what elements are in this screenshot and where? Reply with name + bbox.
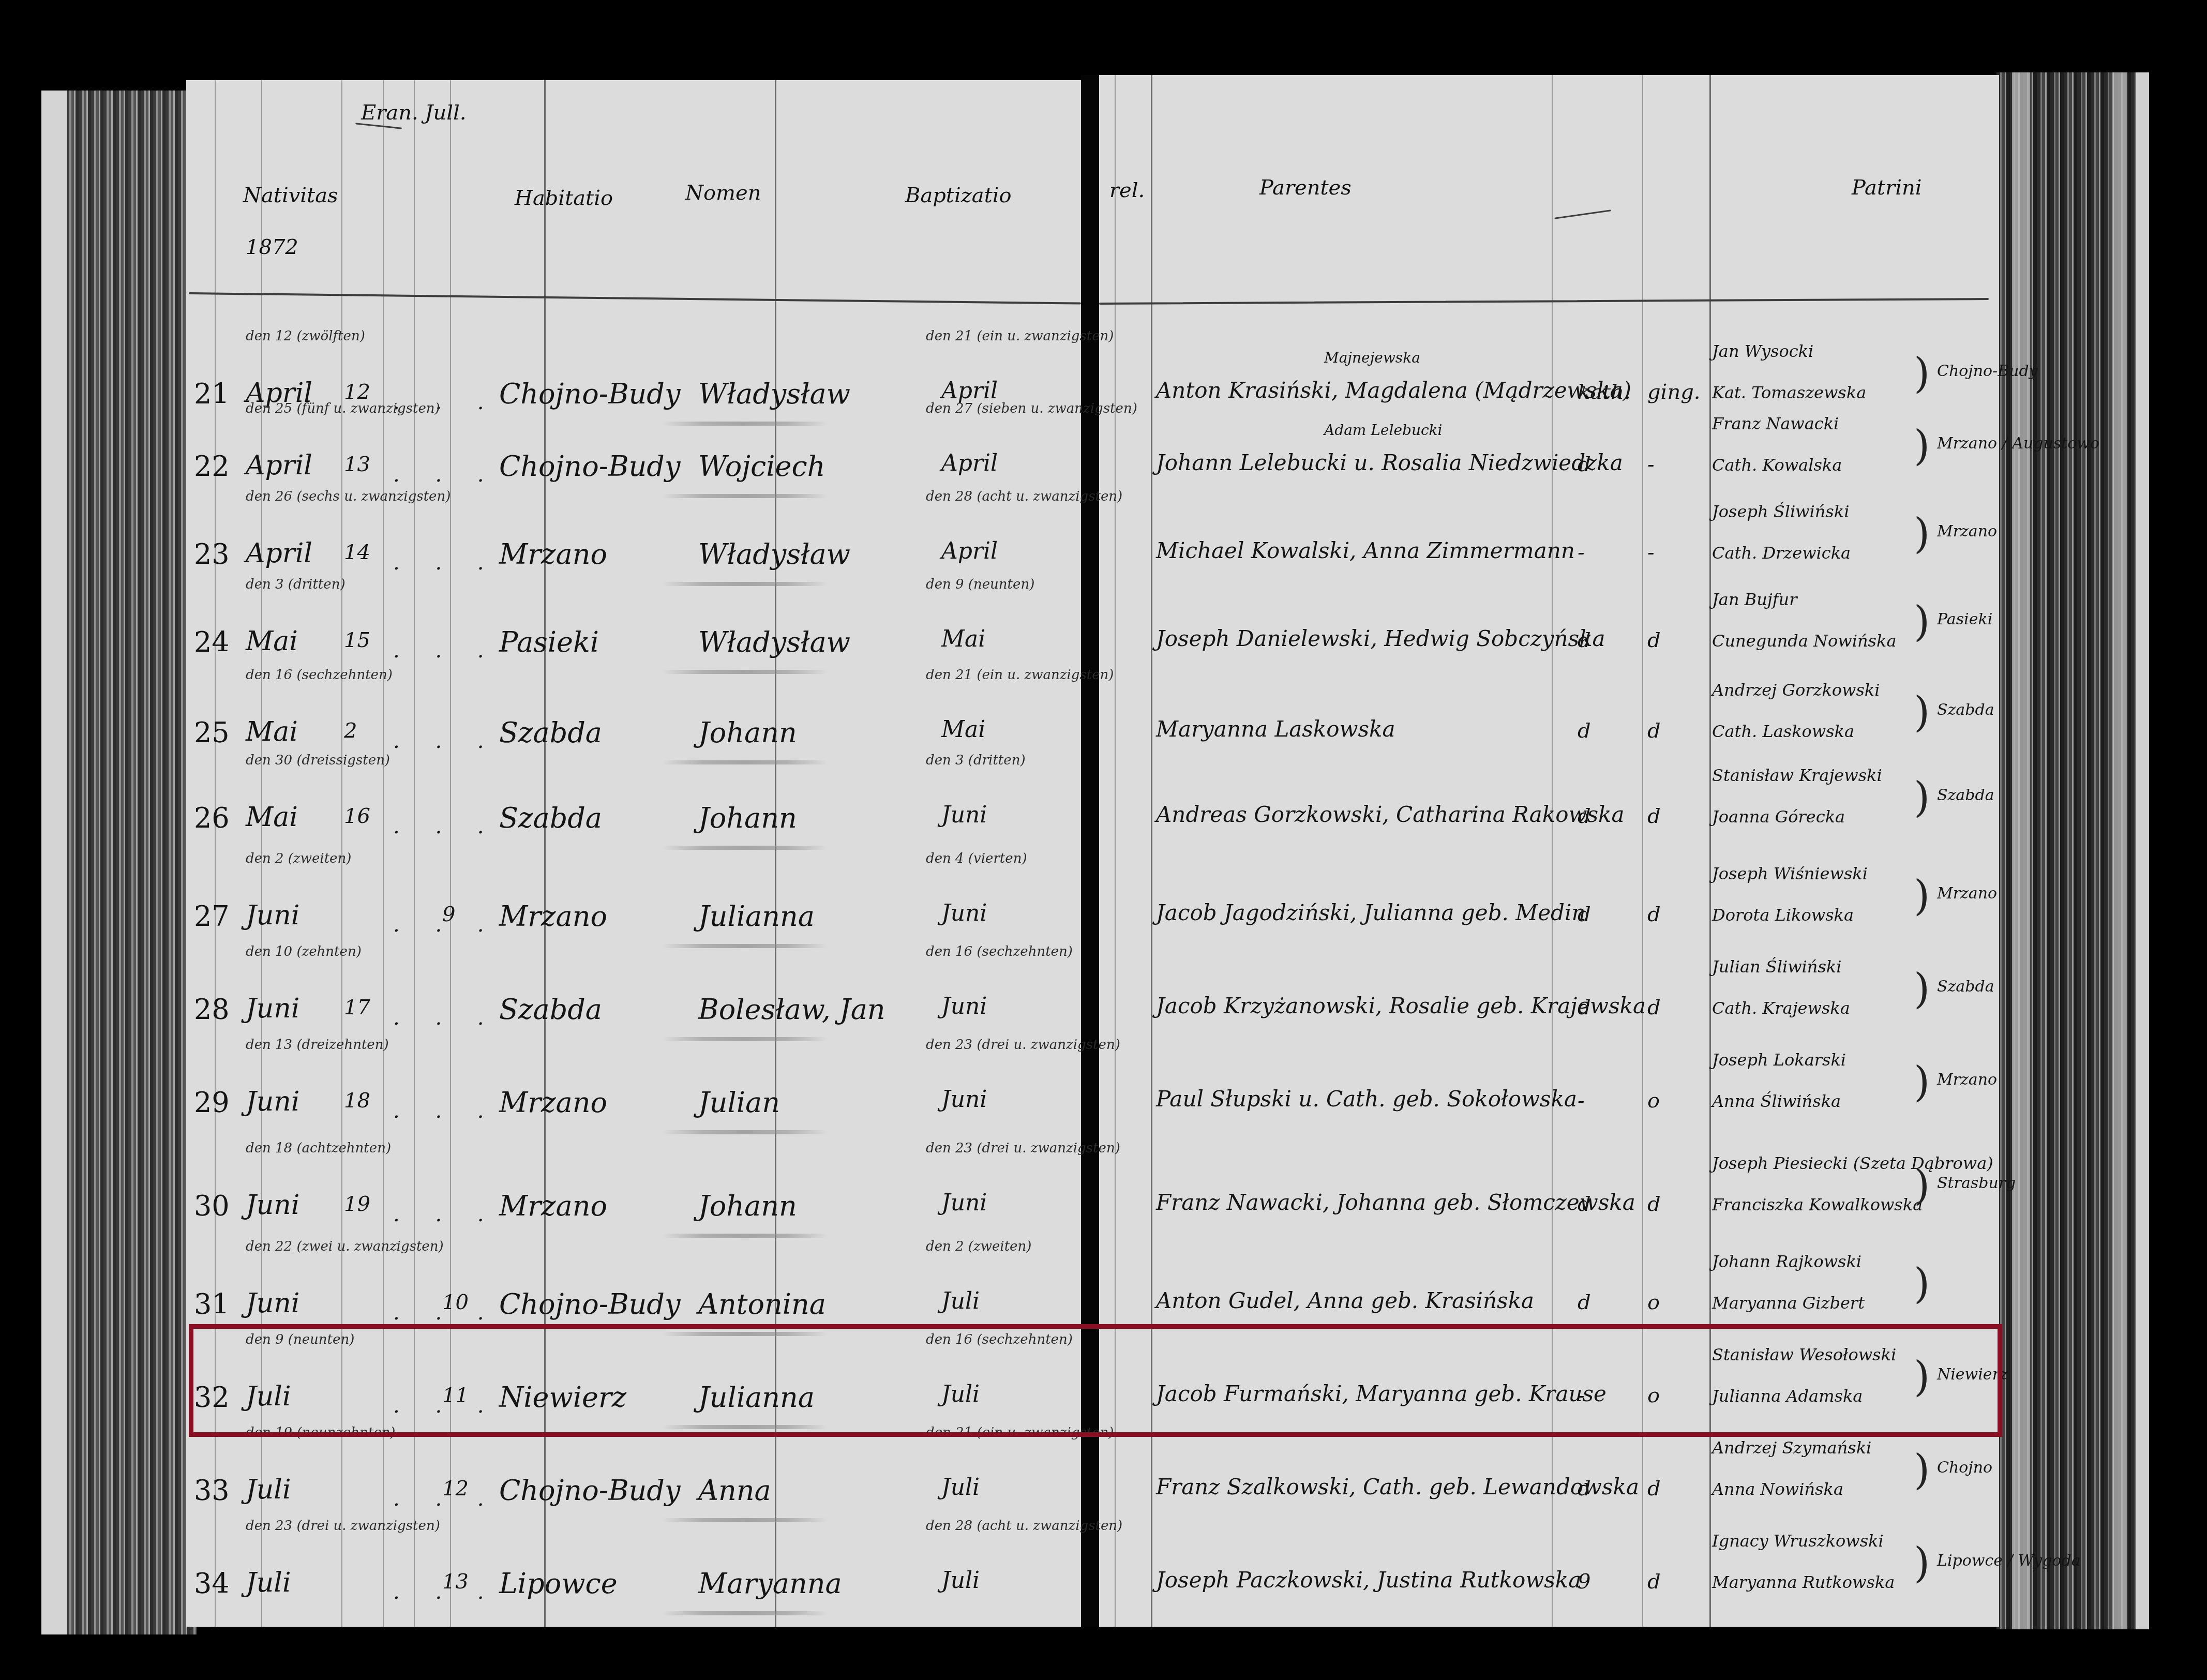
godparents-brace: )	[1914, 1058, 1930, 1106]
entry-number: 22	[194, 450, 230, 483]
godparent-1: Jan Wysocki	[1712, 341, 1813, 361]
residence-place: Chojno-Budy	[499, 1288, 680, 1321]
godparents-brace: )	[1914, 872, 1930, 920]
residence-place: Mrzano	[499, 1086, 607, 1119]
entry-number: 23	[194, 538, 230, 571]
status-flag: o	[1647, 1089, 1660, 1113]
godparent-1: Joseph Wiśniewski	[1712, 864, 1868, 883]
birth-date-note: den 13 (dreizehnten)	[246, 1037, 389, 1053]
godparents-brace: )	[1914, 597, 1930, 646]
godparent-1: Johann Rajkowski	[1712, 1252, 1861, 1271]
birth-date-note: den 18 (achtzehnten)	[246, 1141, 391, 1156]
residence-place: Mrzano	[499, 900, 607, 933]
birth-date-note: den 12 (zwölften)	[246, 328, 365, 344]
name-underline	[662, 670, 828, 674]
status-flag: d	[1647, 628, 1661, 652]
header-year: 1872	[246, 235, 298, 259]
godparents-place: Strasburg	[1937, 1174, 2016, 1192]
godparent-2: Kat. Tomaszewska	[1712, 383, 1866, 402]
child-name: Władysław	[698, 626, 850, 658]
entry-number: 29	[194, 1086, 230, 1119]
status-flag: o	[1647, 1291, 1660, 1314]
child-name: Julian	[698, 1086, 780, 1119]
godparent-1: Joseph Śliwiński	[1712, 502, 1849, 521]
godparents-brace: )	[1914, 688, 1930, 736]
godparents-brace: )	[1914, 509, 1930, 558]
column-filler-dots: . . .	[393, 551, 499, 575]
status-flag: d	[1578, 719, 1591, 743]
birth-date-note: den 3 (dritten)	[246, 577, 346, 592]
birth-month: Juni	[246, 1190, 299, 1221]
status-flag: -	[1578, 541, 1585, 564]
baptism-date-note: den 4 (vierten)	[926, 851, 1027, 866]
right-page-edges	[1996, 72, 2149, 1629]
parents-names: Franz Szalkowski, Cath. geb. Lewandowska	[1156, 1474, 1639, 1499]
status-flag: d	[1578, 804, 1591, 828]
parents-annotation: Majnejewska	[1324, 349, 1420, 366]
child-name: Johann	[698, 802, 797, 834]
godparent-2: Cunegunda Nowińska	[1712, 631, 1896, 651]
parents-names: Anton Gudel, Anna geb. Krasińska	[1156, 1288, 1534, 1313]
birth-day: 14	[344, 541, 370, 564]
column-filler-dots: . . .	[393, 639, 499, 663]
parents-names: Joseph Paczkowski, Justina Rutkowska	[1156, 1567, 1581, 1593]
godparent-1: Julian Śliwiński	[1712, 957, 1841, 977]
column-filler-dots: . . .	[393, 1099, 499, 1123]
child-name: Władysław	[698, 378, 850, 410]
godparents-brace: )	[1914, 422, 1930, 470]
column-filler-dots: . . .	[393, 1006, 499, 1030]
godparents-brace: )	[1914, 349, 1930, 397]
baptism-month: Juli	[941, 1474, 980, 1501]
status-flag: d	[1578, 453, 1591, 476]
name-underline	[662, 760, 828, 764]
birth-date-note: den 10 (zehnten)	[246, 944, 362, 959]
child-name: Johann	[698, 716, 797, 749]
residence-place: Chojno-Budy	[499, 450, 680, 483]
child-name: Wojciech	[698, 450, 825, 483]
baptism-month: Juni	[941, 993, 987, 1019]
header-parentes: Parentes	[1259, 176, 1352, 200]
child-name: Julianna	[698, 900, 815, 933]
header-habitatio: Habitatio	[515, 186, 613, 210]
entry-number: 27	[194, 900, 230, 933]
name-underline	[662, 494, 828, 498]
status-flag: d	[1578, 996, 1591, 1019]
parents-names: Jacob Krzyżanowski, Rosalie geb. Krajews…	[1156, 993, 1646, 1018]
page-heading: Eran. Jull.	[361, 101, 466, 125]
birth-month: Juni	[246, 1086, 299, 1117]
baptism-date-note: den 21 (ein u. zwanzigsten)	[926, 667, 1114, 683]
name-underline	[662, 944, 828, 948]
godparents-place: Lipowce / Wygoda	[1937, 1552, 2081, 1570]
parents-names: Michael Kowalski, Anna Zimmermann	[1156, 538, 1575, 563]
godparents-place: Mrzano / Augustowo	[1937, 434, 2099, 453]
name-underline	[662, 422, 828, 426]
baptism-month: Juni	[941, 1190, 987, 1216]
parents-names: Anton Krasiński, Magdalena (Mądrzewska)	[1156, 378, 1631, 403]
status-flag: 9	[1578, 1570, 1590, 1594]
birth-month: Juni	[246, 1288, 299, 1319]
birth-day: 15	[344, 628, 370, 652]
parents-names: Jacob Jagodziński, Julianna geb. Medin	[1156, 900, 1585, 925]
birth-day: 17	[344, 996, 370, 1019]
name-underline	[662, 1611, 828, 1615]
status-flag: d	[1578, 1291, 1591, 1314]
baptism-date-note: den 21 (ein u. zwanzigsten)	[926, 328, 1114, 344]
name-underline	[662, 1037, 828, 1041]
godparent-1: Joseph Lokarski	[1712, 1050, 1846, 1070]
godparents-place: Szabda	[1937, 786, 1994, 804]
header-nativitas: Nativitas	[243, 184, 338, 207]
residence-place: Chojno-Budy	[499, 1474, 680, 1507]
godparent-2: Cath. Krajewska	[1712, 998, 1850, 1018]
baptism-date-note: den 2 (zweiten)	[926, 1239, 1031, 1254]
residence-place: Mrzano	[499, 538, 607, 571]
baptism-date-note: den 27 (sieben u. zwanzigsten)	[926, 401, 1137, 416]
residence-place: Lipowce	[499, 1567, 618, 1600]
baptism-date-note: den 23 (drei u. zwanzigsten)	[926, 1037, 1120, 1053]
parents-names: Franz Nawacki, Johanna geb. Słomczewska	[1156, 1190, 1635, 1215]
parents-annotation: Adam Lelebucki	[1324, 422, 1443, 439]
column-filler-dots: . . .	[393, 1203, 499, 1226]
name-underline	[662, 1234, 828, 1238]
status-flag: -	[1647, 453, 1655, 476]
godparent-1: Franz Nawacki	[1712, 414, 1839, 433]
godparents-brace: )	[1914, 773, 1930, 821]
entry-number: 28	[194, 993, 230, 1026]
name-underline	[662, 846, 828, 850]
godparents-place: Pasieki	[1937, 610, 1992, 628]
left-page-edges	[41, 91, 197, 1634]
godparents-brace: )	[1914, 1259, 1930, 1308]
baptism-date-note: den 3 (dritten)	[926, 753, 1026, 768]
name-underline	[662, 1130, 828, 1134]
godparent-1: Ignacy Wruszkowski	[1712, 1531, 1884, 1551]
birth-date-note: den 16 (sechzehnten)	[246, 667, 393, 683]
birth-month: April	[246, 538, 312, 569]
godparents-place: Mrzano	[1937, 1071, 1997, 1089]
godparents-brace: )	[1914, 1539, 1930, 1587]
status-flag: d	[1578, 1192, 1591, 1216]
godparent-1: Andrzej Szymański	[1712, 1438, 1871, 1458]
entry-number: 31	[194, 1288, 230, 1321]
entry-number: 26	[194, 802, 230, 834]
column-filler-dots: . . .	[393, 729, 499, 753]
birth-day: 16	[344, 804, 370, 828]
baptism-month: Juni	[941, 802, 987, 828]
residence-place: Szabda	[499, 993, 602, 1026]
birth-day: 18	[344, 1089, 370, 1113]
godparent-2: Joanna Górecka	[1712, 807, 1845, 827]
status-flag: -	[1578, 1089, 1585, 1113]
parents-names: Andreas Gorzkowski, Catharina Rakowska	[1156, 802, 1624, 827]
highlighted-entry-box	[189, 1324, 2002, 1437]
godparents-place: Mrzano	[1937, 522, 1997, 541]
column-filler-dots: . . .	[393, 913, 499, 937]
baptism-date-note: den 9 (neunten)	[926, 577, 1034, 592]
godparent-1: Jan Bujfur	[1712, 590, 1797, 609]
baptism-month: April	[941, 378, 998, 404]
godparent-2: Anna Śliwińska	[1712, 1091, 1841, 1111]
godparents-brace: )	[1914, 1446, 1930, 1494]
entry-number: 34	[194, 1567, 230, 1600]
birth-month: Juni	[246, 993, 299, 1024]
baptism-month: Juli	[941, 1288, 980, 1314]
godparent-2: Cath. Laskowska	[1712, 722, 1854, 741]
birth-day: 19	[344, 1192, 370, 1216]
birth-date-note: den 30 (dreissigsten)	[246, 753, 390, 768]
residence-place: Szabda	[499, 802, 602, 834]
status-flag: d	[1578, 903, 1591, 926]
status-flag: d	[1647, 996, 1661, 1019]
birth-date-note: den 23 (drei u. zwanzigsten)	[246, 1518, 440, 1534]
birth-month: Juli	[246, 1567, 291, 1598]
birth-month: Juni	[246, 900, 299, 931]
column-filler-dots: . . .	[393, 815, 499, 838]
status-flag: kath.	[1578, 380, 1631, 404]
godparents-brace: )	[1914, 1161, 1930, 1209]
status-flag: d	[1578, 628, 1591, 652]
godparents-place: Mrzano	[1937, 884, 1997, 903]
name-underline	[662, 1518, 828, 1522]
entry-number: 30	[194, 1190, 230, 1222]
residence-place: Pasieki	[499, 626, 599, 658]
status-flag: d	[1647, 903, 1661, 926]
entry-number: 25	[194, 716, 230, 749]
birth-date-note: den 26 (sechs u. zwanzigsten)	[246, 489, 451, 504]
baptism-date-note: den 28 (acht u. zwanzigsten)	[926, 1518, 1122, 1534]
birth-month: Mai	[246, 802, 298, 833]
register-book-spread: Eran. Jull. Nativitas 1872 Habitatio Nom…	[0, 0, 2207, 1680]
residence-place: Mrzano	[499, 1190, 607, 1222]
godparents-place: Szabda	[1937, 701, 1994, 719]
godparent-2: Anna Nowińska	[1712, 1479, 1843, 1499]
status-flag: d	[1647, 1192, 1661, 1216]
baptism-month: Mai	[941, 716, 985, 743]
baptism-month: Juli	[941, 1567, 980, 1594]
godparent-2: Cath. Drzewicka	[1712, 543, 1851, 563]
godparent-1: Stanisław Krajewski	[1712, 766, 1882, 785]
godparent-2: Franciszka Kowalkowska	[1712, 1195, 1923, 1214]
column-filler-dots: . . .	[393, 1580, 499, 1604]
status-flag: d	[1578, 1477, 1591, 1501]
godparents-place: Chojno	[1937, 1459, 1992, 1477]
parents-names: Paul Słupski u. Cath. geb. Sokołowska	[1156, 1086, 1577, 1112]
godparent-2: Maryanna Rutkowska	[1712, 1572, 1895, 1592]
entry-number: 33	[194, 1474, 230, 1507]
godparent-2: Maryanna Gizbert	[1712, 1293, 1865, 1313]
column-filler-dots: . . .	[393, 1487, 499, 1511]
birth-month: Juli	[246, 1474, 291, 1505]
residence-place: Chojno-Budy	[499, 378, 680, 410]
baptism-date-note: den 23 (drei u. zwanzigsten)	[926, 1141, 1120, 1156]
baptism-month: April	[941, 450, 998, 476]
status-flag: d	[1647, 1570, 1661, 1594]
parents-names: Johann Lelebucki u. Rosalia Niedzwiedzka	[1156, 450, 1623, 475]
baptism-month: Mai	[941, 626, 985, 652]
birth-day: 2	[344, 719, 357, 743]
header-patrini: Patrini	[1852, 176, 1922, 200]
parents-names: Maryanna Laskowska	[1156, 716, 1395, 742]
child-name: Anna	[698, 1474, 771, 1507]
status-flag: d	[1647, 804, 1661, 828]
birth-date-note: den 2 (zweiten)	[246, 851, 351, 866]
status-flag: d	[1647, 719, 1661, 743]
name-underline	[662, 582, 828, 586]
status-flag: -	[1647, 541, 1655, 564]
godparent-1: Joseph Piesiecki (Szeta Dąbrowa)	[1712, 1153, 1993, 1173]
entry-number: 24	[194, 626, 230, 658]
header-nomen: Nomen	[685, 181, 761, 205]
birth-month: Mai	[246, 626, 298, 657]
parents-names: Joseph Danielewski, Hedwig Sobczyńska	[1156, 626, 1605, 651]
birth-day: 13	[344, 453, 370, 476]
baptism-month: Juni	[941, 900, 987, 926]
header-baptizatio: Baptizatio	[905, 184, 1012, 207]
godparents-place: Chojno-Budy	[1937, 362, 2038, 380]
status-flag: ging.	[1647, 380, 1700, 404]
column-filler-dots: . . .	[393, 1301, 499, 1325]
column-filler-dots: . . .	[393, 463, 499, 487]
child-name: Antonina	[698, 1288, 826, 1321]
baptism-date-note: den 28 (acht u. zwanzigsten)	[926, 489, 1122, 504]
birth-month: Mai	[246, 716, 298, 747]
birth-month: April	[246, 450, 312, 481]
godparents-place: Szabda	[1937, 978, 1994, 996]
godparent-1: Andrzej Gorzkowski	[1712, 680, 1880, 700]
godparent-2: Dorota Likowska	[1712, 905, 1854, 925]
child-name: Maryanna	[698, 1567, 842, 1600]
godparent-2: Cath. Kowalska	[1712, 455, 1842, 475]
baptism-month: April	[941, 538, 998, 564]
birth-date-note: den 22 (zwei u. zwanzigsten)	[246, 1239, 444, 1254]
birth-date-note: den 25 (fünf u. zwanzigsten)	[246, 401, 440, 416]
baptism-month: Juni	[941, 1086, 987, 1113]
status-flag: d	[1647, 1477, 1661, 1501]
child-name: Władysław	[698, 538, 850, 571]
godparents-brace: )	[1914, 965, 1930, 1013]
baptism-date-note: den 16 (sechzehnten)	[926, 944, 1073, 959]
header-gutter-fragment: rel.	[1109, 178, 1145, 202]
residence-place: Szabda	[499, 716, 602, 749]
child-name: Bolesław, Jan	[698, 993, 885, 1026]
entry-number: 21	[194, 378, 230, 410]
child-name: Johann	[698, 1190, 797, 1222]
